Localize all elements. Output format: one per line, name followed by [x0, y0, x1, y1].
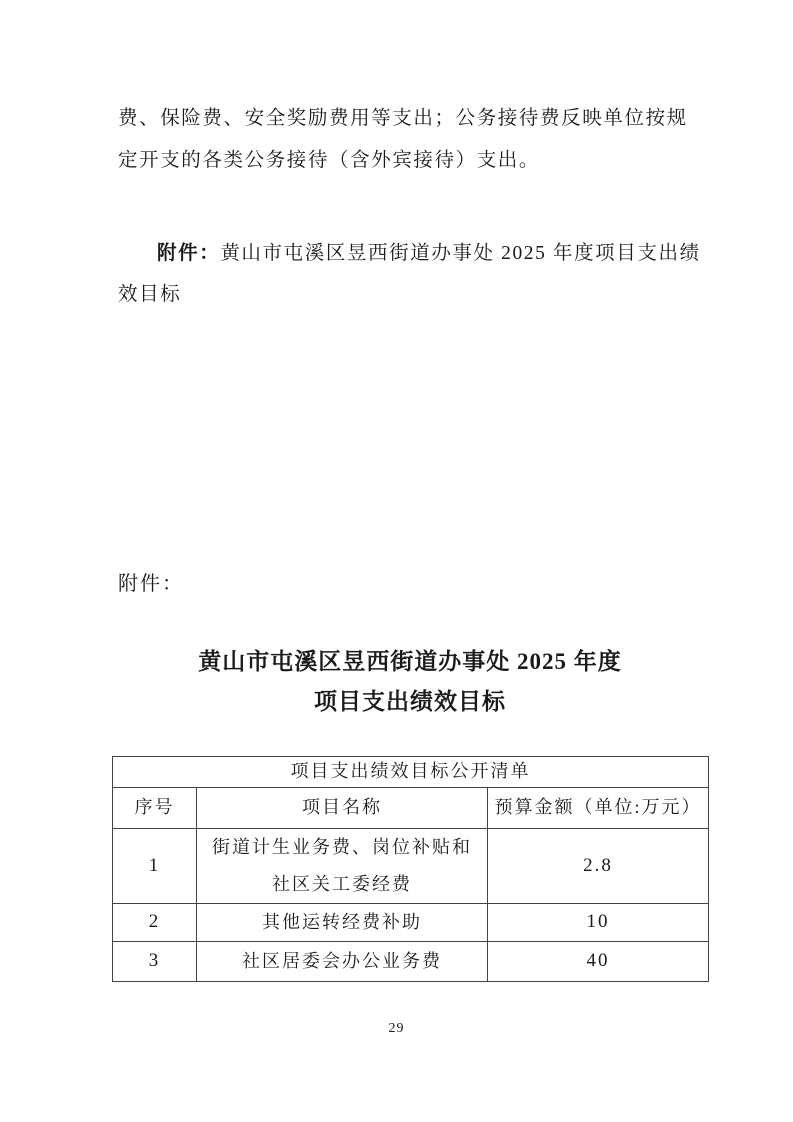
attachment-reference-line: 附件：黄山市屯溪区昱西街道办事处 2025 年度项目支出绩: [118, 232, 684, 274]
attachment-reference-line: 效目标: [118, 274, 684, 316]
body-paragraph-line: 定开支的各类公务接待（含外宾接待）支出。: [118, 140, 684, 182]
cell-row-no: 1: [113, 829, 197, 904]
page-number: 29: [0, 1020, 793, 1038]
column-header-no: 序号: [113, 788, 197, 829]
cell-budget-amount: 10: [488, 904, 709, 942]
table-header-row: 序号 项目名称 预算金额（单位:万元）: [113, 788, 709, 829]
budget-table: 项目支出绩效目标公开清单 序号 项目名称 预算金额（单位:万元） 1 街道计生业…: [112, 756, 709, 982]
column-header-name: 项目名称: [197, 788, 488, 829]
table-caption: 项目支出绩效目标公开清单: [113, 757, 709, 788]
cell-row-no: 2: [113, 904, 197, 942]
cell-row-no: 3: [113, 942, 197, 982]
document-title-line: 黄山市屯溪区昱西街道办事处 2025 年度: [112, 642, 708, 682]
cell-project-name: 街道计生业务费、岗位补贴和社区关工委经费: [197, 829, 488, 904]
attachment-reference-label: 附件：: [157, 242, 220, 264]
table-row: 1 街道计生业务费、岗位补贴和社区关工委经费 2.8: [113, 829, 709, 904]
table-caption-row: 项目支出绩效目标公开清单: [113, 757, 709, 788]
cell-budget-amount: 40: [488, 942, 709, 982]
attachment-reference: 附件：黄山市屯溪区昱西街道办事处 2025 年度项目支出绩 效目标: [118, 232, 684, 316]
document-page: 费、保险费、安全奖励费用等支出；公务接待费反映单位按规 定开支的各类公务接待（含…: [0, 0, 793, 1122]
table-row: 3 社区居委会办公业务费 40: [113, 942, 709, 982]
document-title: 黄山市屯溪区昱西街道办事处 2025 年度 项目支出绩效目标: [112, 642, 708, 722]
attachment-heading: 附件：: [118, 571, 184, 597]
project-name-text: 街道计生业务费、岗位补贴和社区关工委经费: [208, 829, 476, 903]
body-paragraph-line: 费、保险费、安全奖励费用等支出；公务接待费反映单位按规: [118, 98, 684, 140]
document-title-line: 项目支出绩效目标: [112, 682, 708, 722]
body-paragraph: 费、保险费、安全奖励费用等支出；公务接待费反映单位按规 定开支的各类公务接待（含…: [118, 98, 684, 182]
cell-budget-amount: 2.8: [488, 829, 709, 904]
table-row: 2 其他运转经费补助 10: [113, 904, 709, 942]
attachment-reference-text: 黄山市屯溪区昱西街道办事处 2025 年度项目支出绩: [220, 243, 700, 264]
column-header-amount: 预算金额（单位:万元）: [488, 788, 709, 829]
cell-project-name: 社区居委会办公业务费: [197, 942, 488, 982]
cell-project-name: 其他运转经费补助: [197, 904, 488, 942]
